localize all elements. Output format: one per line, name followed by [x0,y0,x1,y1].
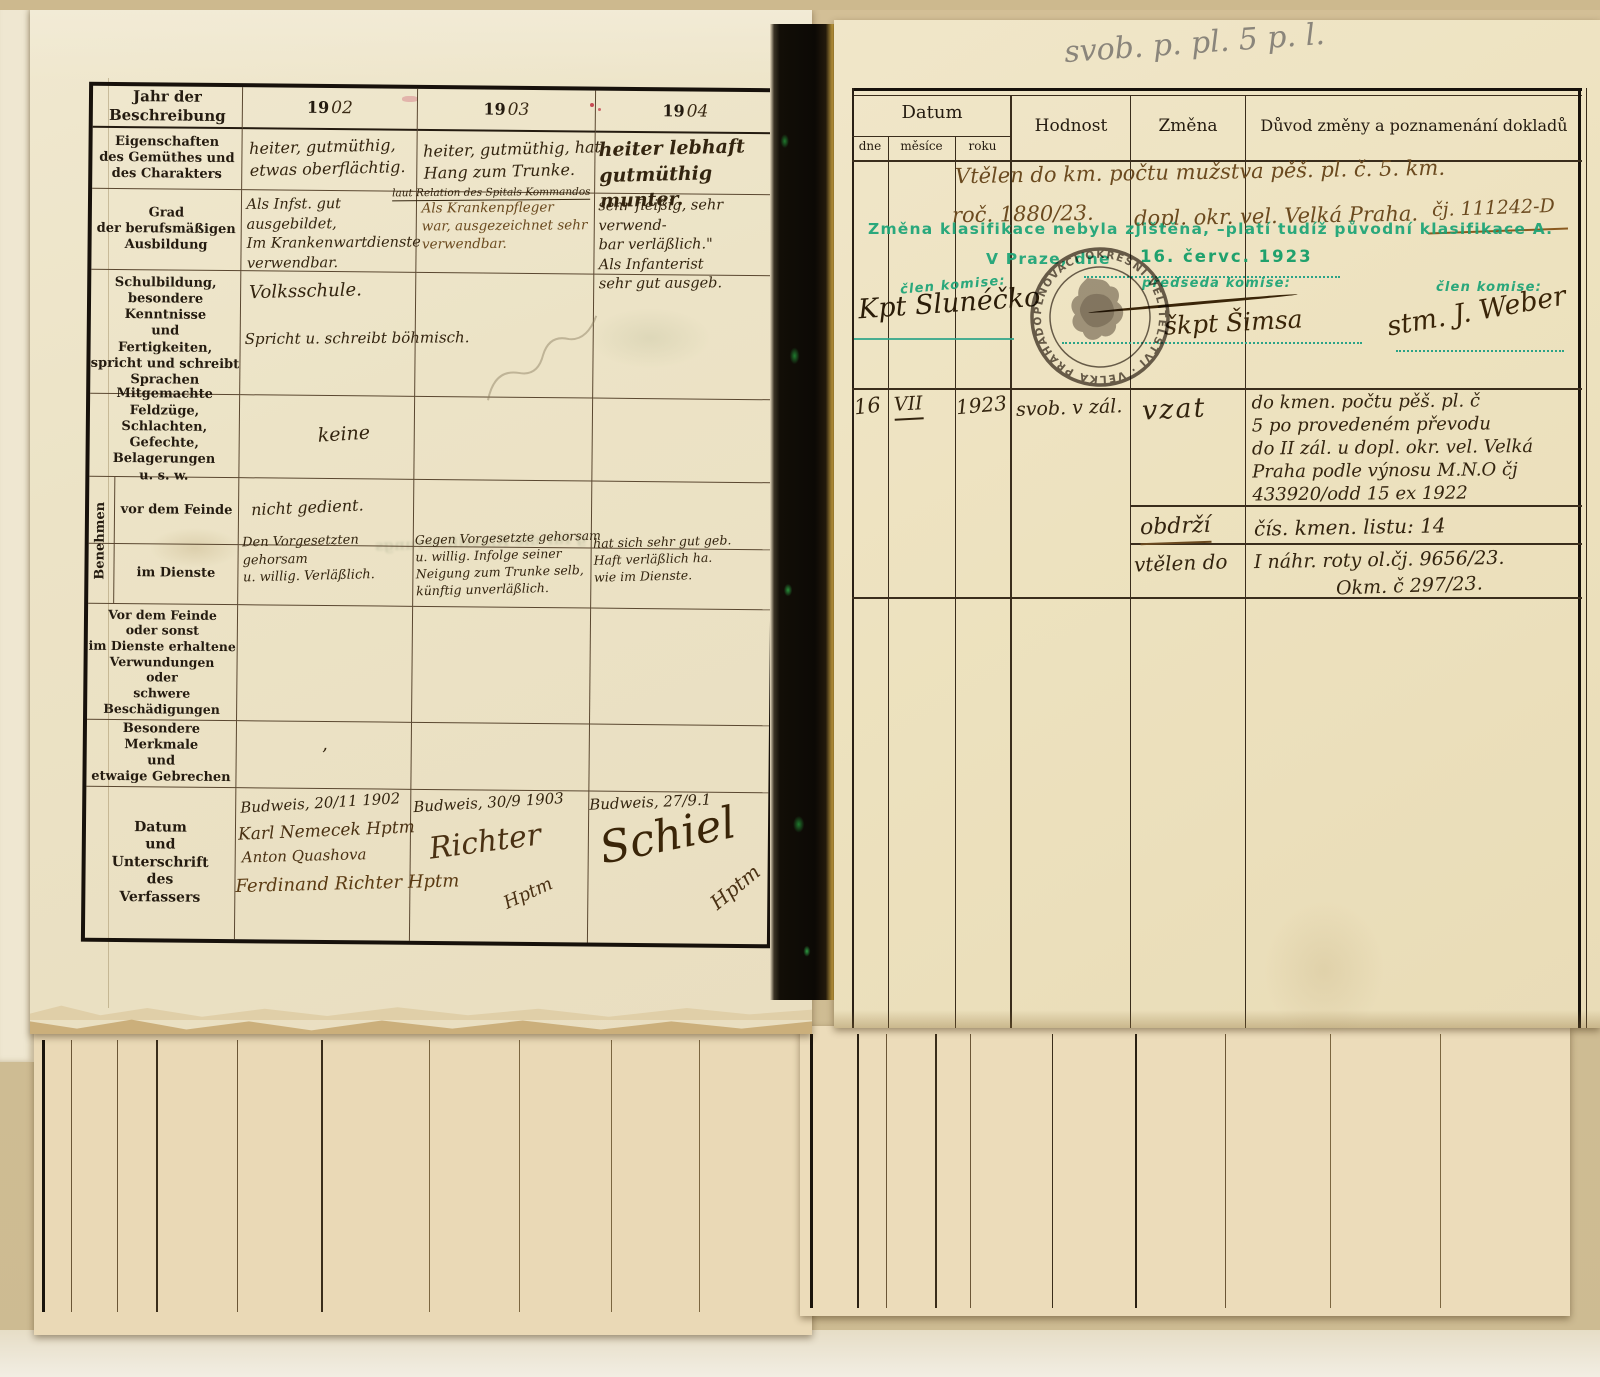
entry-cell [237,605,413,723]
handwriting: Volksschule. [249,278,362,305]
column-rule [156,1040,158,1312]
row2c-zmena: vtělen do [1134,548,1228,578]
column-rule [429,1040,430,1312]
col-header-datum: Datum [852,102,1012,123]
entry-cell [412,607,591,725]
column-rule [42,1040,45,1312]
column-rule [611,1040,612,1312]
column-rule [699,1040,700,1312]
torn-edge [30,1004,812,1020]
left-sheet-edge [0,0,34,1062]
left-under-sheet [34,1030,812,1335]
table-border-left [852,88,854,1028]
year-1902-cell: 19 02 [243,87,418,131]
page-bottom-edge [834,1010,1600,1028]
col-line-dne [888,136,889,1028]
sub-row-line [1130,543,1582,545]
signature-cell-1902: Budweis, 20/11 1902 Karl Nemecek Hptm An… [235,788,411,941]
year-prefix: 19 [483,99,505,119]
col-header-roku: roku [955,139,1010,153]
row-label: Schulbildung, besondere Kenntnisse und F… [90,274,240,389]
bottom-sheet [0,1330,1600,1377]
row2-duvod: do kmen. počtu pěš. pl. č 5 po provedené… [1252,389,1583,507]
column-rule [519,1040,520,1312]
column-rule [71,1040,72,1312]
column-rule [857,1034,859,1308]
column-rule [1052,1034,1053,1308]
column-rule [237,1040,238,1312]
column-rule [1135,1034,1137,1308]
entry-cell: sehr fleißig, sehr verwend- bar verläßli… [594,194,774,277]
signature: Anton Quashova [242,845,367,866]
handwriting: ’ [322,744,328,768]
entry-cell [415,273,594,399]
row-label-cell: Schulbildung, besondere Kenntnisse und F… [90,270,241,395]
row-label-cell: Eigenschaften des Gemüthes und des Chara… [92,128,243,190]
year-prefix: 19 [662,101,684,121]
row2b-zmena: obdrží [1139,511,1211,545]
entry-cell [590,609,770,727]
col-line-mesice [955,136,956,1028]
handwriting: hat sich sehr gut geb. Haft verläßlich h… [593,531,779,586]
row-label: Benehmen [93,501,110,579]
year-1903-cell: 19 03 [418,89,596,133]
signature-flourish: Hptm [705,859,764,914]
entry-cell: Den Vorgesetzten gehorsam u. willig. Ver… [238,545,414,607]
entry-cell: ’ [236,721,412,790]
signature: Richter [427,817,543,866]
qualification-table: Jahr der Beschreibung 19 02 19 03 19 04 … [81,82,779,949]
dotted-rule [1396,350,1564,352]
entry-cell [589,725,769,794]
stamp-lion-emblem [1061,270,1131,345]
left-page: g für die Klassifizierungs Jahr der Besc… [30,8,812,1034]
interlinear-note: laut Relation des Spitals Kommandos [392,185,591,202]
column-rule [810,1034,813,1308]
col-header-dne: dne [852,139,888,153]
scanned-record-book: g für die Klassifizierungs Jahr der Besc… [0,0,1600,1377]
year-script: 04 [687,100,709,123]
row-label: im Dienste [136,566,215,583]
column-rule [117,1040,118,1312]
col-header-mesice: měsíce [888,139,955,153]
signature-cell-1904: Budweis, 27/9.1 Schiel Hptm [588,792,768,945]
row-label: vor dem Feinde [121,502,233,519]
page-corner-edge [30,8,812,88]
row-label-cell: Vor dem Feinde oder sonst im Dienste erh… [87,604,238,721]
handwriting: heiter, gutmüthig, etwas oberflächtig. [249,134,406,181]
column-rule [321,1040,323,1312]
commission-center-signature: škpt Šimsa [1163,304,1303,340]
column-rule [1440,1034,1441,1308]
row2-hodnost: svob. v zál. [1016,394,1123,423]
entry-cell: heiter lebhaft gutmüthig munter. [595,133,775,196]
right-under-sheet [800,1026,1570,1316]
signature: Karl Nemecek Hptm [238,817,416,845]
row-label: Datum und Unterschrift des Verfassers [111,819,209,907]
row2c-duvod2: Okm. č 297/23. [1336,571,1484,602]
place-date: Budweis, 20/11 1902 [240,788,401,818]
entry-cell: Als Infst. gut ausgebildet, Im Krankenwa… [241,190,417,273]
column-rule [886,1034,887,1308]
year-script: 02 [331,97,353,120]
signature-flourish: Hptm [500,873,556,913]
entry-cell [414,397,593,482]
handwriting: Als Krankenpfleger war, ausgezeichnet se… [422,198,607,254]
datum-sub-line [852,136,1012,137]
row-label: Besondere Merkmale und etwaige Gebrechen [86,720,236,786]
row-label: Mitgemachte Feldzüge, Schlachten, Gefech… [89,386,239,485]
table-header-cell: Jahr der Beschreibung [93,86,243,129]
teal-rule [854,338,1014,340]
column-rule [1330,1034,1331,1308]
round-stamp: DOPLŇOVACÍ OKRESNÍ VELITELSTVÍ · VELKÁ P… [1020,232,1180,402]
entry-cell: hat sich sehr gut geb. Haft verläßlich h… [591,549,771,611]
entry-cell [592,399,772,484]
entry-cell: Volksschule. Spricht u. schreibt böhmisc… [240,271,416,397]
row2b-duvod: čís. kmen. listu: 14 [1254,512,1446,542]
handwriting: Gegen Vorgesetzte gehorsam u. willig. In… [415,527,617,600]
row-label: Vor dem Feinde oder sonst im Dienste erh… [87,607,237,718]
col-header-zmena: Změna [1131,116,1245,136]
row-label-cell: Besondere Merkmale und etwaige Gebrechen [86,720,237,788]
row2-dne: 16 [853,391,883,422]
commission-left-signature: Kpt Slunéčko [857,282,1041,326]
entry-cell [593,275,773,401]
table-border-right [1578,88,1581,1028]
row2-zmena: vzat [1141,390,1207,430]
green-stamp-line1: Změna klasifikace nebyla zjištěna, –plat… [868,220,1553,238]
handwriting: Als Infst. gut ausgebildet, Im Krankenwa… [246,194,432,274]
header-label: Jahr der Beschreibung [93,87,242,126]
row-label-cell: Mitgemachte Feldzüge, Schlachten, Gefech… [89,394,240,478]
pencil-note: svob. p. pl. 5 p. l. [1063,17,1326,70]
handwriting: nicht gedient. [251,494,364,520]
year-prefix: 19 [307,98,329,118]
top-background-strip [0,0,1600,10]
handwriting: Den Vorgesetzten gehorsam u. willig. Ver… [242,530,428,587]
entry-cell: keine [239,395,415,480]
col-header-hodnost: Hodnost [1012,116,1130,136]
signature-cell-1903: Budweis, 30/9 1903 Richter Hptm [410,790,589,943]
table-border-top [852,88,1582,91]
right-page: svob. p. pl. 5 p. l. Datum dne měsíce ro… [834,20,1600,1028]
entry-cell: Gegen Vorgesetzte gehorsam u. willig. In… [413,547,592,609]
column-rule [970,1034,971,1308]
year-1904-cell: 19 04 [596,91,775,135]
year-script: 03 [508,98,530,121]
handwriting: keine [317,421,371,450]
row2-roku: 1923 [955,390,1008,421]
col-header-duvod: Důvod změny a poznamenání dokladů [1246,116,1582,135]
entry-cell [411,723,590,792]
column-rule [935,1034,937,1308]
row-label: Eigenschaften des Gemüthes und des Chara… [99,133,235,183]
column-rule [1225,1034,1226,1308]
row2-mesice: VII [893,391,923,420]
benehmen-side-label: Benehmen [88,477,115,604]
row-label: Grad der berufsmäßigen Ausbildung [96,204,236,254]
table-line [852,95,1582,96]
entry-cell: Als Krankenpfleger war, ausgezeichnet se… [416,192,595,275]
table-line [1586,88,1587,1028]
row-label-cell: Grad der berufsmäßigen Ausbildung [91,189,242,271]
entry-cell: heiter, gutmüthig, etwas oberflächtig. [242,129,418,192]
place-date: Budweis, 30/9 1903 [413,788,565,817]
row-label-cell: Datum und Unterschrift des Verfassers [85,787,236,939]
